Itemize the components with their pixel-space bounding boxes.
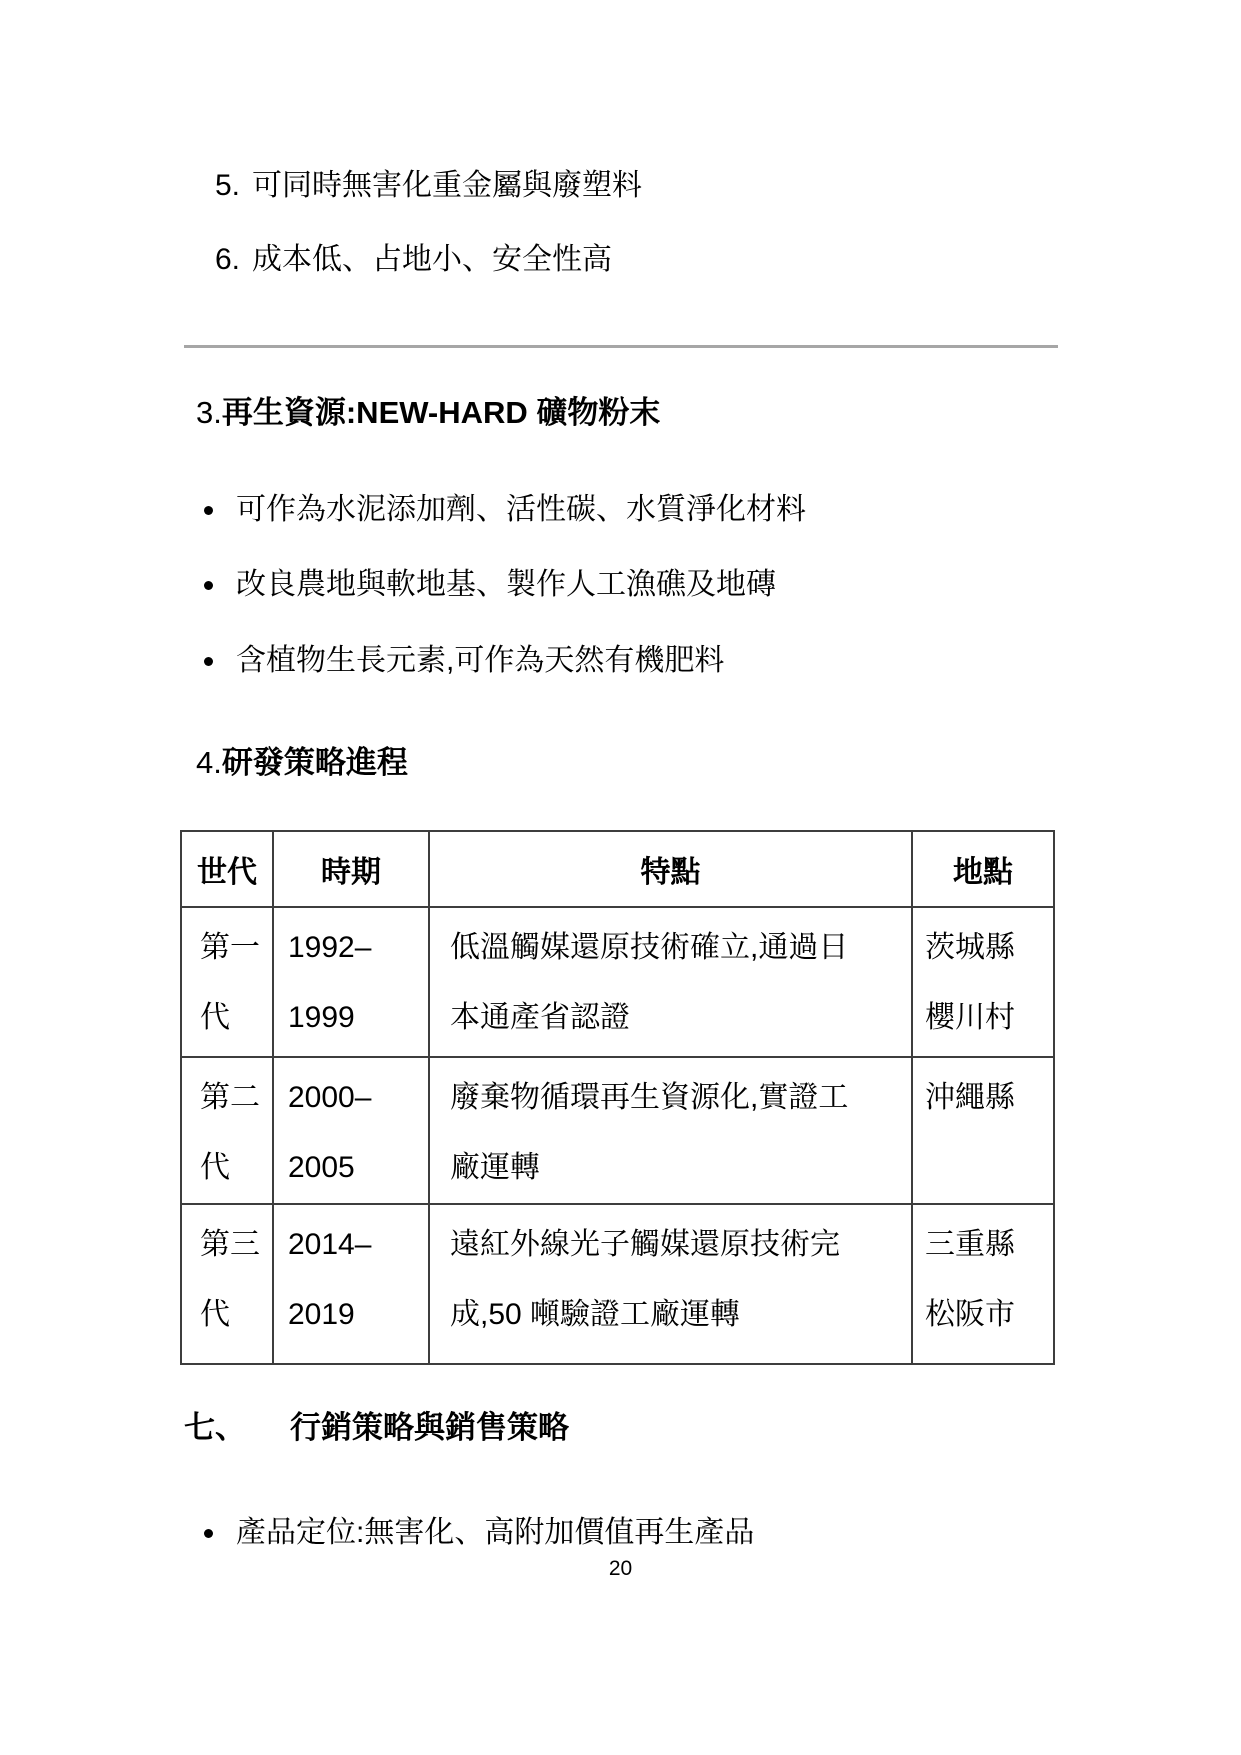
- cell-generation: 第三 代: [181, 1204, 273, 1364]
- cell-feature: 低溫觸媒還原技術確立,通過日 本通產省認證: [429, 907, 912, 1057]
- cell-line: 低溫觸媒還原技術確立,通過日: [450, 913, 903, 983]
- bullet-item: 可作為水泥添加劑、活性碳、水質淨化材料: [204, 489, 806, 531]
- bullet-item: 含植物生長元素,可作為天然有機肥料: [204, 640, 724, 682]
- cell-location: 茨城縣 櫻川村: [912, 907, 1054, 1057]
- document-page: 5.可同時無害化重金屬與廢塑料 6.成本低、占地小、安全性高 3.再生資源:NE…: [0, 0, 1241, 1755]
- bullet-text: 可作為水泥添加劑、活性碳、水質淨化材料: [236, 489, 806, 531]
- cell-line: 沖繩縣: [925, 1063, 1045, 1133]
- cell-line: 代: [200, 983, 264, 1053]
- cell-line: 第一: [200, 913, 264, 983]
- cell-location: 沖繩縣: [912, 1057, 1054, 1204]
- cell-period: 1992– 1999: [273, 907, 429, 1057]
- cell-line: 2005: [288, 1133, 420, 1203]
- cell-line: 第三: [200, 1210, 264, 1280]
- table-row: 第一 代 1992– 1999 低溫觸媒還原技術確立,通過日 本通產省認證 茨城…: [181, 907, 1054, 1057]
- table-row: 第二 代 2000– 2005 廢棄物循環再生資源化,實證工 廠運轉 沖繩縣: [181, 1057, 1054, 1204]
- bullet-icon: [204, 506, 213, 515]
- cell-generation: 第一 代: [181, 907, 273, 1057]
- cell-line: 廢棄物循環再生資源化,實證工: [450, 1063, 903, 1133]
- cell-period: 2000– 2005: [273, 1057, 429, 1204]
- cell-line: 2019: [288, 1280, 420, 1350]
- table-header-row: 世代 時期 特點 地點: [181, 831, 1054, 907]
- table-header-location: 地點: [912, 831, 1054, 907]
- cell-line: 成,50 噸驗證工廠運轉: [450, 1280, 903, 1350]
- cell-line: 第二: [200, 1063, 264, 1133]
- bullet-item: 改良農地與軟地基、製作人工漁礁及地磚: [204, 564, 776, 606]
- bullet-item: 產品定位:無害化、高附加價值再生產品: [204, 1512, 754, 1554]
- list-item-5: 5.可同時無害化重金屬與廢塑料: [215, 165, 642, 207]
- cell-line: 本通產省認證: [450, 983, 903, 1053]
- cell-period: 2014– 2019: [273, 1204, 429, 1364]
- cell-line: 松阪市: [925, 1280, 1045, 1350]
- section4-number: 4.: [196, 745, 222, 780]
- bullet-icon: [204, 581, 213, 590]
- section4-heading: 4.研發策略進程: [196, 742, 408, 784]
- list-item-5-number: 5.: [215, 169, 240, 202]
- bullet-icon: [204, 1529, 213, 1538]
- section3-heading: 3.再生資源:NEW-HARD 礦物粉末: [196, 392, 660, 434]
- cell-location: 三重縣 松阪市: [912, 1204, 1054, 1364]
- cell-line: 1999: [288, 983, 420, 1053]
- section3-title: 再生資源:NEW-HARD 礦物粉末: [222, 395, 661, 430]
- cell-line: 代: [200, 1280, 264, 1350]
- table-header-period: 時期: [273, 831, 429, 907]
- cell-feature: 遠紅外線光子觸媒還原技術完 成,50 噸驗證工廠運轉: [429, 1204, 912, 1364]
- section4-title: 研發策略進程: [222, 745, 408, 780]
- section7-heading: 七、行銷策略與銷售策略: [184, 1407, 569, 1449]
- section7-title: 行銷策略與銷售策略: [290, 1410, 569, 1445]
- cell-line: 櫻川村: [925, 983, 1045, 1053]
- list-item-6-number: 6.: [215, 243, 240, 276]
- cell-generation: 第二 代: [181, 1057, 273, 1204]
- table-header-feature: 特點: [429, 831, 912, 907]
- list-item-6-text: 成本低、占地小、安全性高: [252, 243, 612, 276]
- cell-line: 茨城縣: [925, 913, 1045, 983]
- bullet-text: 含植物生長元素,可作為天然有機肥料: [236, 640, 724, 682]
- cell-line: 1992–: [288, 913, 420, 983]
- cell-line: 遠紅外線光子觸媒還原技術完: [450, 1210, 903, 1280]
- section-divider: [184, 345, 1058, 348]
- cell-line: 2014–: [288, 1210, 420, 1280]
- bullet-text: 產品定位:無害化、高附加價值再生產品: [236, 1512, 754, 1554]
- table-row: 第三 代 2014– 2019 遠紅外線光子觸媒還原技術完 成,50 噸驗證工廠…: [181, 1204, 1054, 1364]
- cell-feature: 廢棄物循環再生資源化,實證工 廠運轉: [429, 1057, 912, 1204]
- section7-number: 七、: [184, 1410, 246, 1445]
- list-item-6: 6.成本低、占地小、安全性高: [215, 239, 612, 281]
- page-number: 20: [0, 1556, 1241, 1582]
- cell-line: 代: [200, 1133, 264, 1203]
- rd-strategy-table: 世代 時期 特點 地點 第一 代 1992– 1999 低溫觸媒還原技術確立,通…: [180, 830, 1055, 1365]
- bullet-icon: [204, 657, 213, 666]
- list-item-5-text: 可同時無害化重金屬與廢塑料: [252, 169, 642, 202]
- section3-number: 3.: [196, 395, 222, 430]
- cell-line: 廠運轉: [450, 1133, 903, 1203]
- cell-line: 2000–: [288, 1063, 420, 1133]
- table-header-generation: 世代: [181, 831, 273, 907]
- bullet-text: 改良農地與軟地基、製作人工漁礁及地磚: [236, 564, 776, 606]
- cell-line: 三重縣: [925, 1210, 1045, 1280]
